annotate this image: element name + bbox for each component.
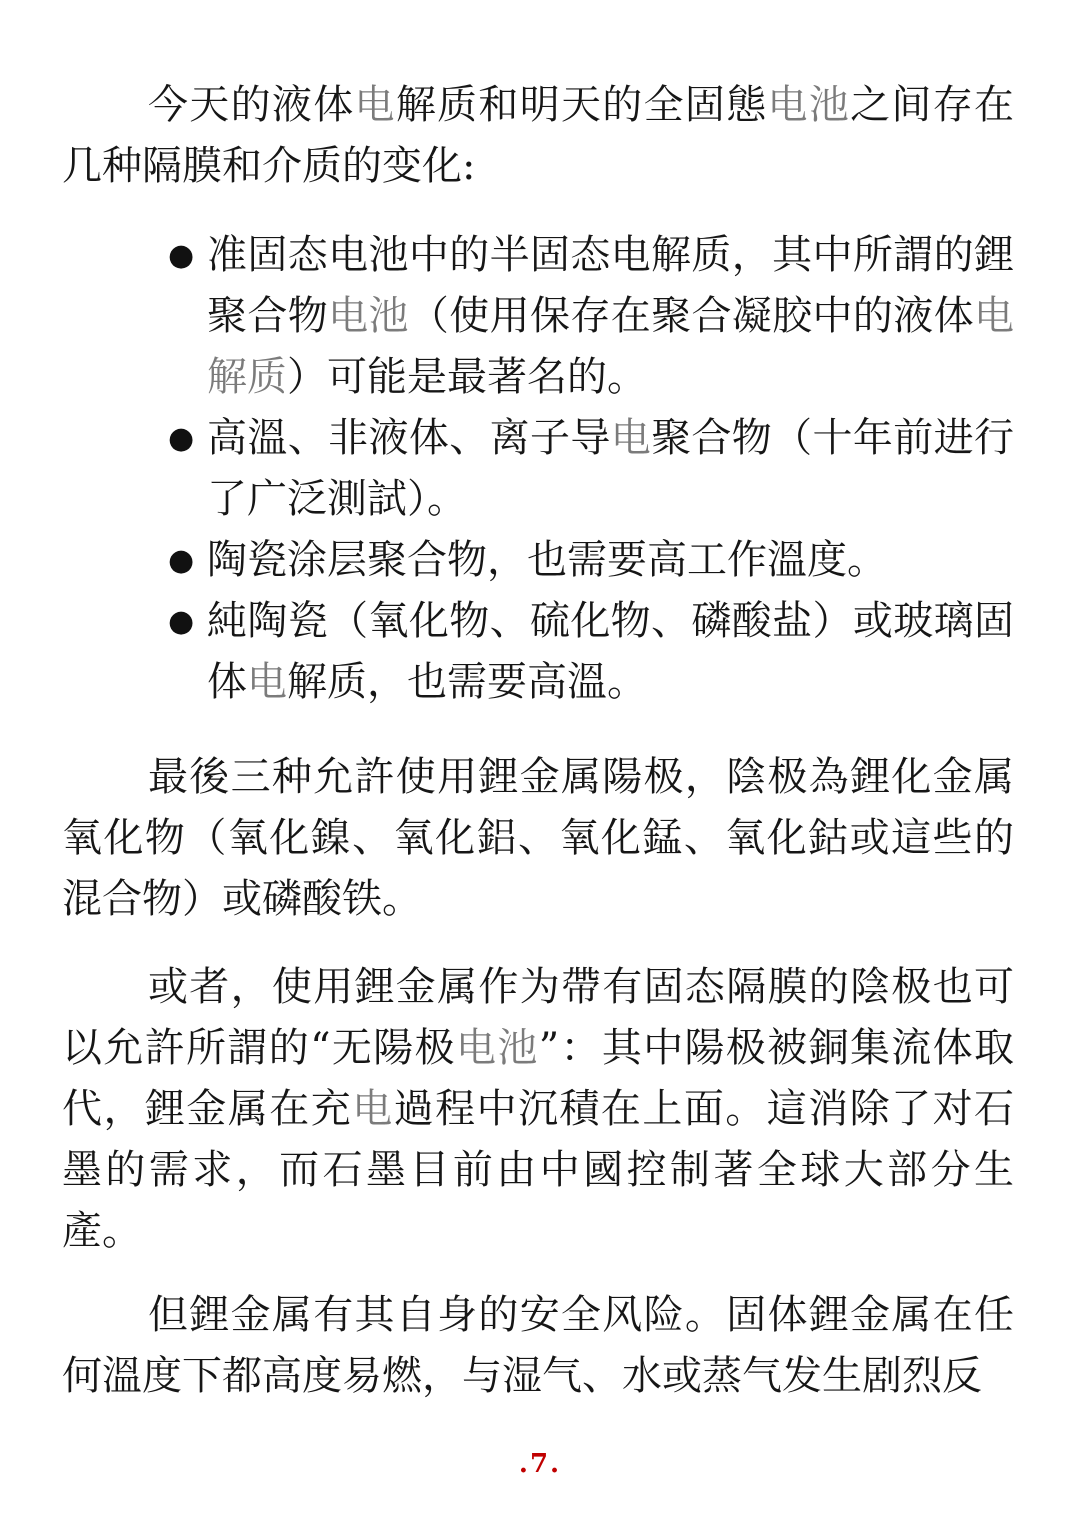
bullet-icon: ● [168,408,194,469]
document-page: 今天的液体电解质和明天的全固態电池之间存在几种隔膜和介质的变化: ● 准固态电池… [0,0,1080,1527]
bullet-text: 高溫、非液体、离子导电聚合物（十年前进行了广泛測試）。 [207,415,1014,522]
list-item-polymer: ● 高溫、非液体、离子导电聚合物（十年前进行了广泛測試）。 [62,408,1014,530]
bullet-text: 陶瓷涂层聚合物，也需要高工作溫度。 [207,537,887,583]
paragraph-intro: 今天的液体电解质和明天的全固態电池之间存在几种隔膜和介质的变化: [62,75,1014,197]
bullet-icon: ● [168,591,194,652]
list-item-semi-solid: ● 准固态电池中的半固态电解质，其中所謂的鋰聚合物电池（使用保存在聚合凝胶中的液… [62,225,1014,408]
list-item-ceramic-coated: ● 陶瓷涂层聚合物，也需要高工作溫度。 [62,530,1014,591]
bullet-icon: ● [168,530,194,591]
page-number: .7. [0,1449,1080,1479]
bullet-list: ● 准固态电池中的半固态电解质，其中所謂的鋰聚合物电池（使用保存在聚合凝胶中的液… [62,225,1014,713]
paragraph-last-three: 最後三种允許使用鋰金属陽极，陰极為鋰化金属氧化物（氧化鎳、氧化鋁、氧化錳、氧化鈷… [62,747,1014,930]
bullet-text: 准固态电池中的半固态电解质，其中所謂的鋰聚合物电池（使用保存在聚合凝胶中的液体电… [207,232,1014,400]
bullet-icon: ● [168,225,194,286]
paragraph-anode-free: 或者，使用鋰金属作为帶有固态隔膜的陰极也可以允許所謂的“无陽极电池”：其中陽极被… [62,957,1014,1262]
paragraph-safety: 但鋰金属有其自身的安全风险。固体鋰金属在任何溫度下都高度易燃，与湿气、水或蒸气发… [62,1285,1014,1407]
list-item-pure-ceramic: ● 純陶瓷（氧化物、硫化物、磷酸盐）或玻璃固体电解质，也需要高溫。 [62,591,1014,713]
bullet-text: 純陶瓷（氧化物、硫化物、磷酸盐）或玻璃固体电解质，也需要高溫。 [207,598,1014,705]
